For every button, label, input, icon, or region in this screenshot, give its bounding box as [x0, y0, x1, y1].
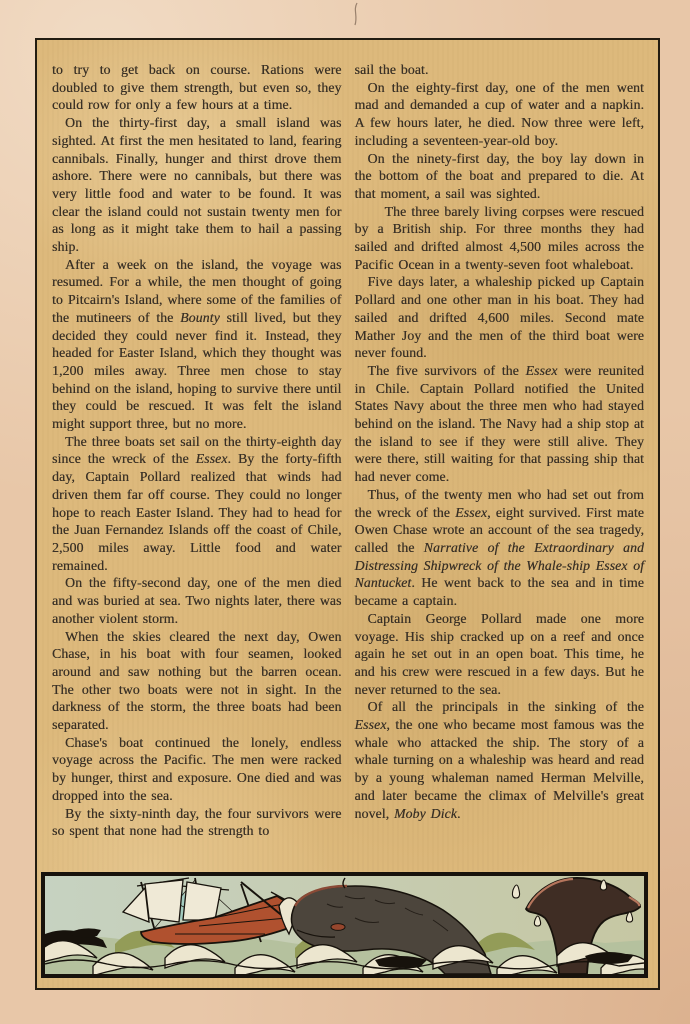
paragraph: The three barely living corpses were res…: [355, 203, 645, 274]
italic-text: Bounty: [180, 310, 220, 325]
paragraph: Chase's boat continued the lonely, endle…: [52, 734, 342, 805]
text-columns: to try to get back on course. Rations we…: [37, 40, 658, 840]
italic-text: Moby Dick: [394, 806, 457, 821]
text-run: to try to get back on course. Rations we…: [52, 62, 342, 112]
text-run: When the skies cleared the next day, Owe…: [52, 629, 342, 733]
paragraph: On the fifty-second day, one of the men …: [52, 574, 342, 627]
paragraph: Five days later, a whaleship picked up C…: [355, 273, 645, 362]
paragraph: The three boats set sail on the thirty-e…: [52, 433, 342, 575]
paragraph: The five survivors of the Essex were reu…: [355, 362, 645, 486]
text-run: The three barely living corpses were res…: [355, 204, 645, 272]
italic-text: Essex: [196, 451, 228, 466]
paragraph: By the sixty-ninth day, the four survivo…: [52, 805, 342, 840]
italic-text: Essex: [526, 363, 558, 378]
scratch-mark: [345, 2, 371, 26]
paragraph: When the skies cleared the next day, Owe…: [52, 628, 342, 734]
text-run: On the ninety-first day, the boy lay dow…: [355, 151, 645, 201]
text-run: were reunited in Chile. Captain Pollard …: [355, 363, 645, 484]
paragraph: Thus, of the twenty men who had set out …: [355, 486, 645, 610]
paragraph: After a week on the island, the voyage w…: [52, 256, 342, 433]
text-run: The five survivors of the: [368, 363, 526, 378]
text-run: still lived, but they decided they could…: [52, 310, 342, 431]
text-run: Captain George Pollard made one more voy…: [355, 611, 645, 697]
right-column: sail the boat.On the eighty-first day, o…: [355, 61, 645, 840]
whale-eye: [331, 924, 345, 931]
italic-text: Essex: [455, 505, 487, 520]
paragraph: Of all the principals in the sinking of …: [355, 698, 645, 822]
text-run: On the fifty-second day, one of the men …: [52, 575, 342, 625]
paragraph: On the thirty-first day, a small island …: [52, 114, 342, 256]
text-run: Five days later, a whaleship picked up C…: [355, 274, 645, 360]
illustration-panel: [41, 872, 648, 978]
paragraph: On the ninety-first day, the boy lay dow…: [355, 150, 645, 203]
paragraph: to try to get back on course. Rations we…: [52, 61, 342, 114]
text-run: . By the forty-fifth day, Captain Pollar…: [52, 451, 342, 572]
text-run: By the sixty-ninth day, the four survivo…: [52, 806, 342, 839]
text-run: On the thirty-first day, a small island …: [52, 115, 342, 254]
paragraph: Captain George Pollard made one more voy…: [355, 610, 645, 699]
paragraph: On the eighty-first day, one of the men …: [355, 79, 645, 150]
italic-text: Essex: [355, 717, 387, 732]
whale-ship-illustration: [45, 876, 644, 974]
main-sail: [145, 880, 183, 922]
text-run: Chase's boat continued the lonely, endle…: [52, 735, 342, 803]
text-run: On the eighty-first day, one of the men …: [355, 80, 645, 148]
fore-sail: [183, 882, 221, 920]
page-frame: to try to get back on course. Rations we…: [35, 38, 660, 990]
text-run: Of all the principals in the sinking of …: [368, 699, 645, 714]
text-run: .: [457, 806, 461, 821]
paragraph: sail the boat.: [355, 61, 645, 79]
text-run: sail the boat.: [355, 62, 429, 77]
left-column: to try to get back on course. Rations we…: [52, 61, 342, 840]
